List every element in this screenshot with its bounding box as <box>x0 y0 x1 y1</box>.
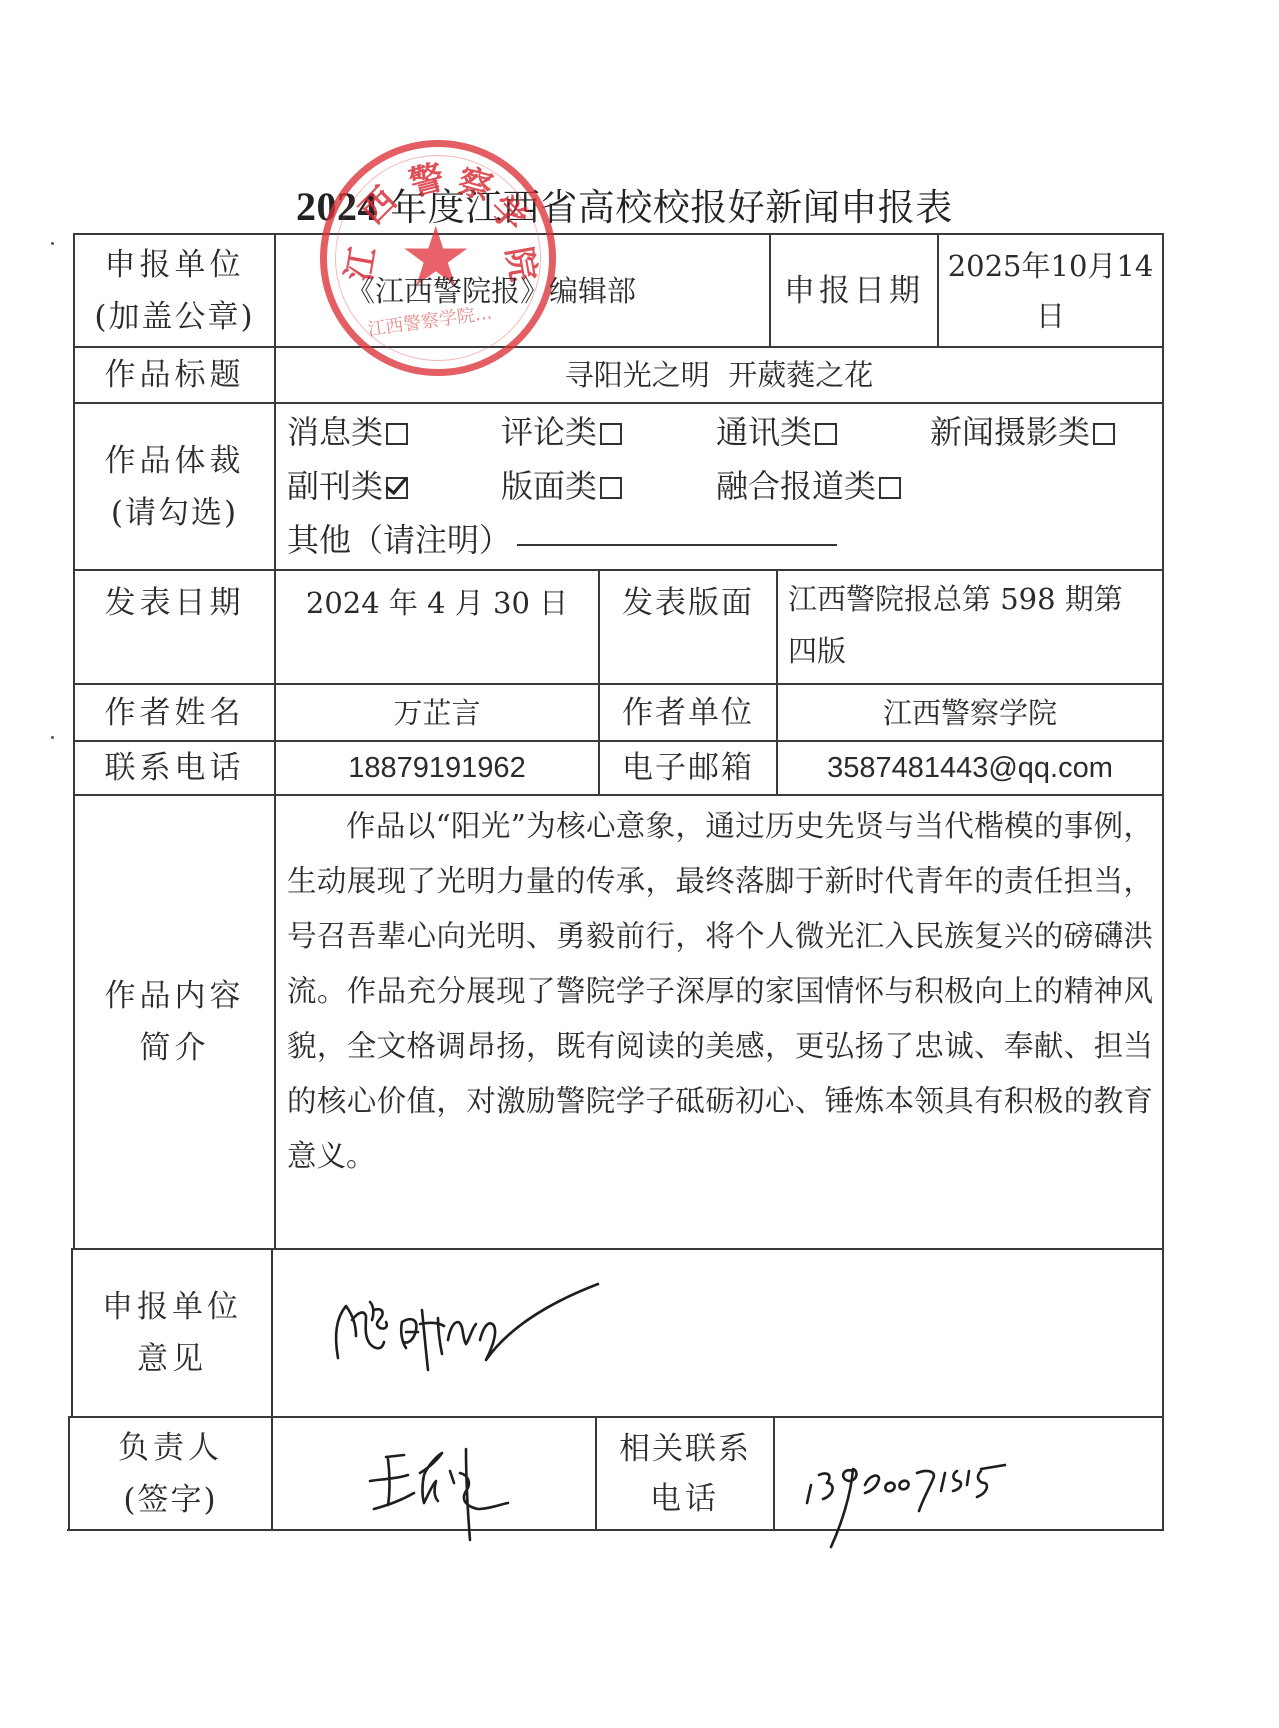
opinion-signature <box>330 1280 610 1380</box>
author-name-value[interactable]: 万芷言 <box>276 685 598 740</box>
email-label: 电子邮箱 <box>600 742 776 794</box>
genre-option-tongxun[interactable]: 通讯类 <box>716 406 837 458</box>
responsible-signature <box>368 1445 528 1545</box>
author-unit-label: 作者单位 <box>600 685 776 740</box>
checkbox[interactable] <box>879 477 901 499</box>
publish-date-label: 发表日期 <box>75 571 274 683</box>
genre-label: 作品体裁 (请勾选) <box>75 404 274 569</box>
summary-text[interactable]: 作品以“阳光”为核心意象，通过历史先贤与当代楷模的事例，生动展现了光明力量的传承… <box>287 799 1153 1184</box>
unit-value[interactable]: 《江西警院报》编辑部 <box>276 235 769 346</box>
margin-dot <box>51 736 54 739</box>
contact-phone-label: 相关联系 电话 <box>597 1418 773 1529</box>
other-input[interactable] <box>517 514 837 546</box>
genre-option-pinglun[interactable]: 评论类 <box>501 406 622 458</box>
genre-option-fukan[interactable]: 副刊类 <box>287 460 408 512</box>
genre-option-ronghe[interactable]: 融合报道类 <box>716 460 901 512</box>
checkbox[interactable] <box>1093 423 1115 445</box>
genre-option-xiaoxi[interactable]: 消息类 <box>287 406 408 458</box>
genre-option-banmian[interactable]: 版面类 <box>501 460 622 512</box>
author-unit-value[interactable]: 江西警察学院 <box>778 685 1162 740</box>
checkbox[interactable] <box>386 423 408 445</box>
title-text: 年度江西省高校校报好新闻申报表 <box>378 186 953 229</box>
opinion-label: 申报单位 意见 <box>73 1250 271 1416</box>
summary-label: 作品内容 简介 <box>75 796 274 1248</box>
email-value[interactable]: 3587481443@qq.com <box>778 742 1162 794</box>
checkbox[interactable] <box>815 423 837 445</box>
publish-page-value[interactable]: 江西警院报总第 598 期第 四版 <box>778 571 1162 683</box>
page-title: 2024 年度江西省高校校报好新闻申报表 <box>296 182 1016 232</box>
checkbox-checked[interactable] <box>386 477 408 499</box>
publish-page-label: 发表版面 <box>600 571 776 683</box>
author-name-label: 作者姓名 <box>75 685 274 740</box>
apply-date-label: 申报日期 <box>771 235 937 346</box>
genre-option-sheying[interactable]: 新闻摄影类 <box>930 406 1115 458</box>
checkbox[interactable] <box>600 423 622 445</box>
margin-dot <box>51 242 54 245</box>
responsible-label: 负责人 (签字) <box>70 1418 271 1529</box>
phone-value[interactable]: 18879191962 <box>276 742 598 794</box>
work-title-value[interactable]: 寻阳光之明 开葳蕤之花 <box>276 348 1162 402</box>
publish-date-value[interactable]: 2024 年 4 月 30 日 <box>276 571 598 683</box>
work-title-label: 作品标题 <box>75 348 274 402</box>
phone-label: 联系电话 <box>75 742 274 794</box>
unit-label: 申报单位 (加盖公章) <box>75 235 274 346</box>
contact-phone-handwritten: 13970071515 <box>805 1445 1105 1555</box>
apply-date-value[interactable]: 2025年10月14 日 <box>939 235 1162 346</box>
title-year: 2024 <box>296 184 378 229</box>
genre-option-other[interactable]: 其他（请注明） <box>287 514 837 566</box>
checkbox[interactable] <box>600 477 622 499</box>
